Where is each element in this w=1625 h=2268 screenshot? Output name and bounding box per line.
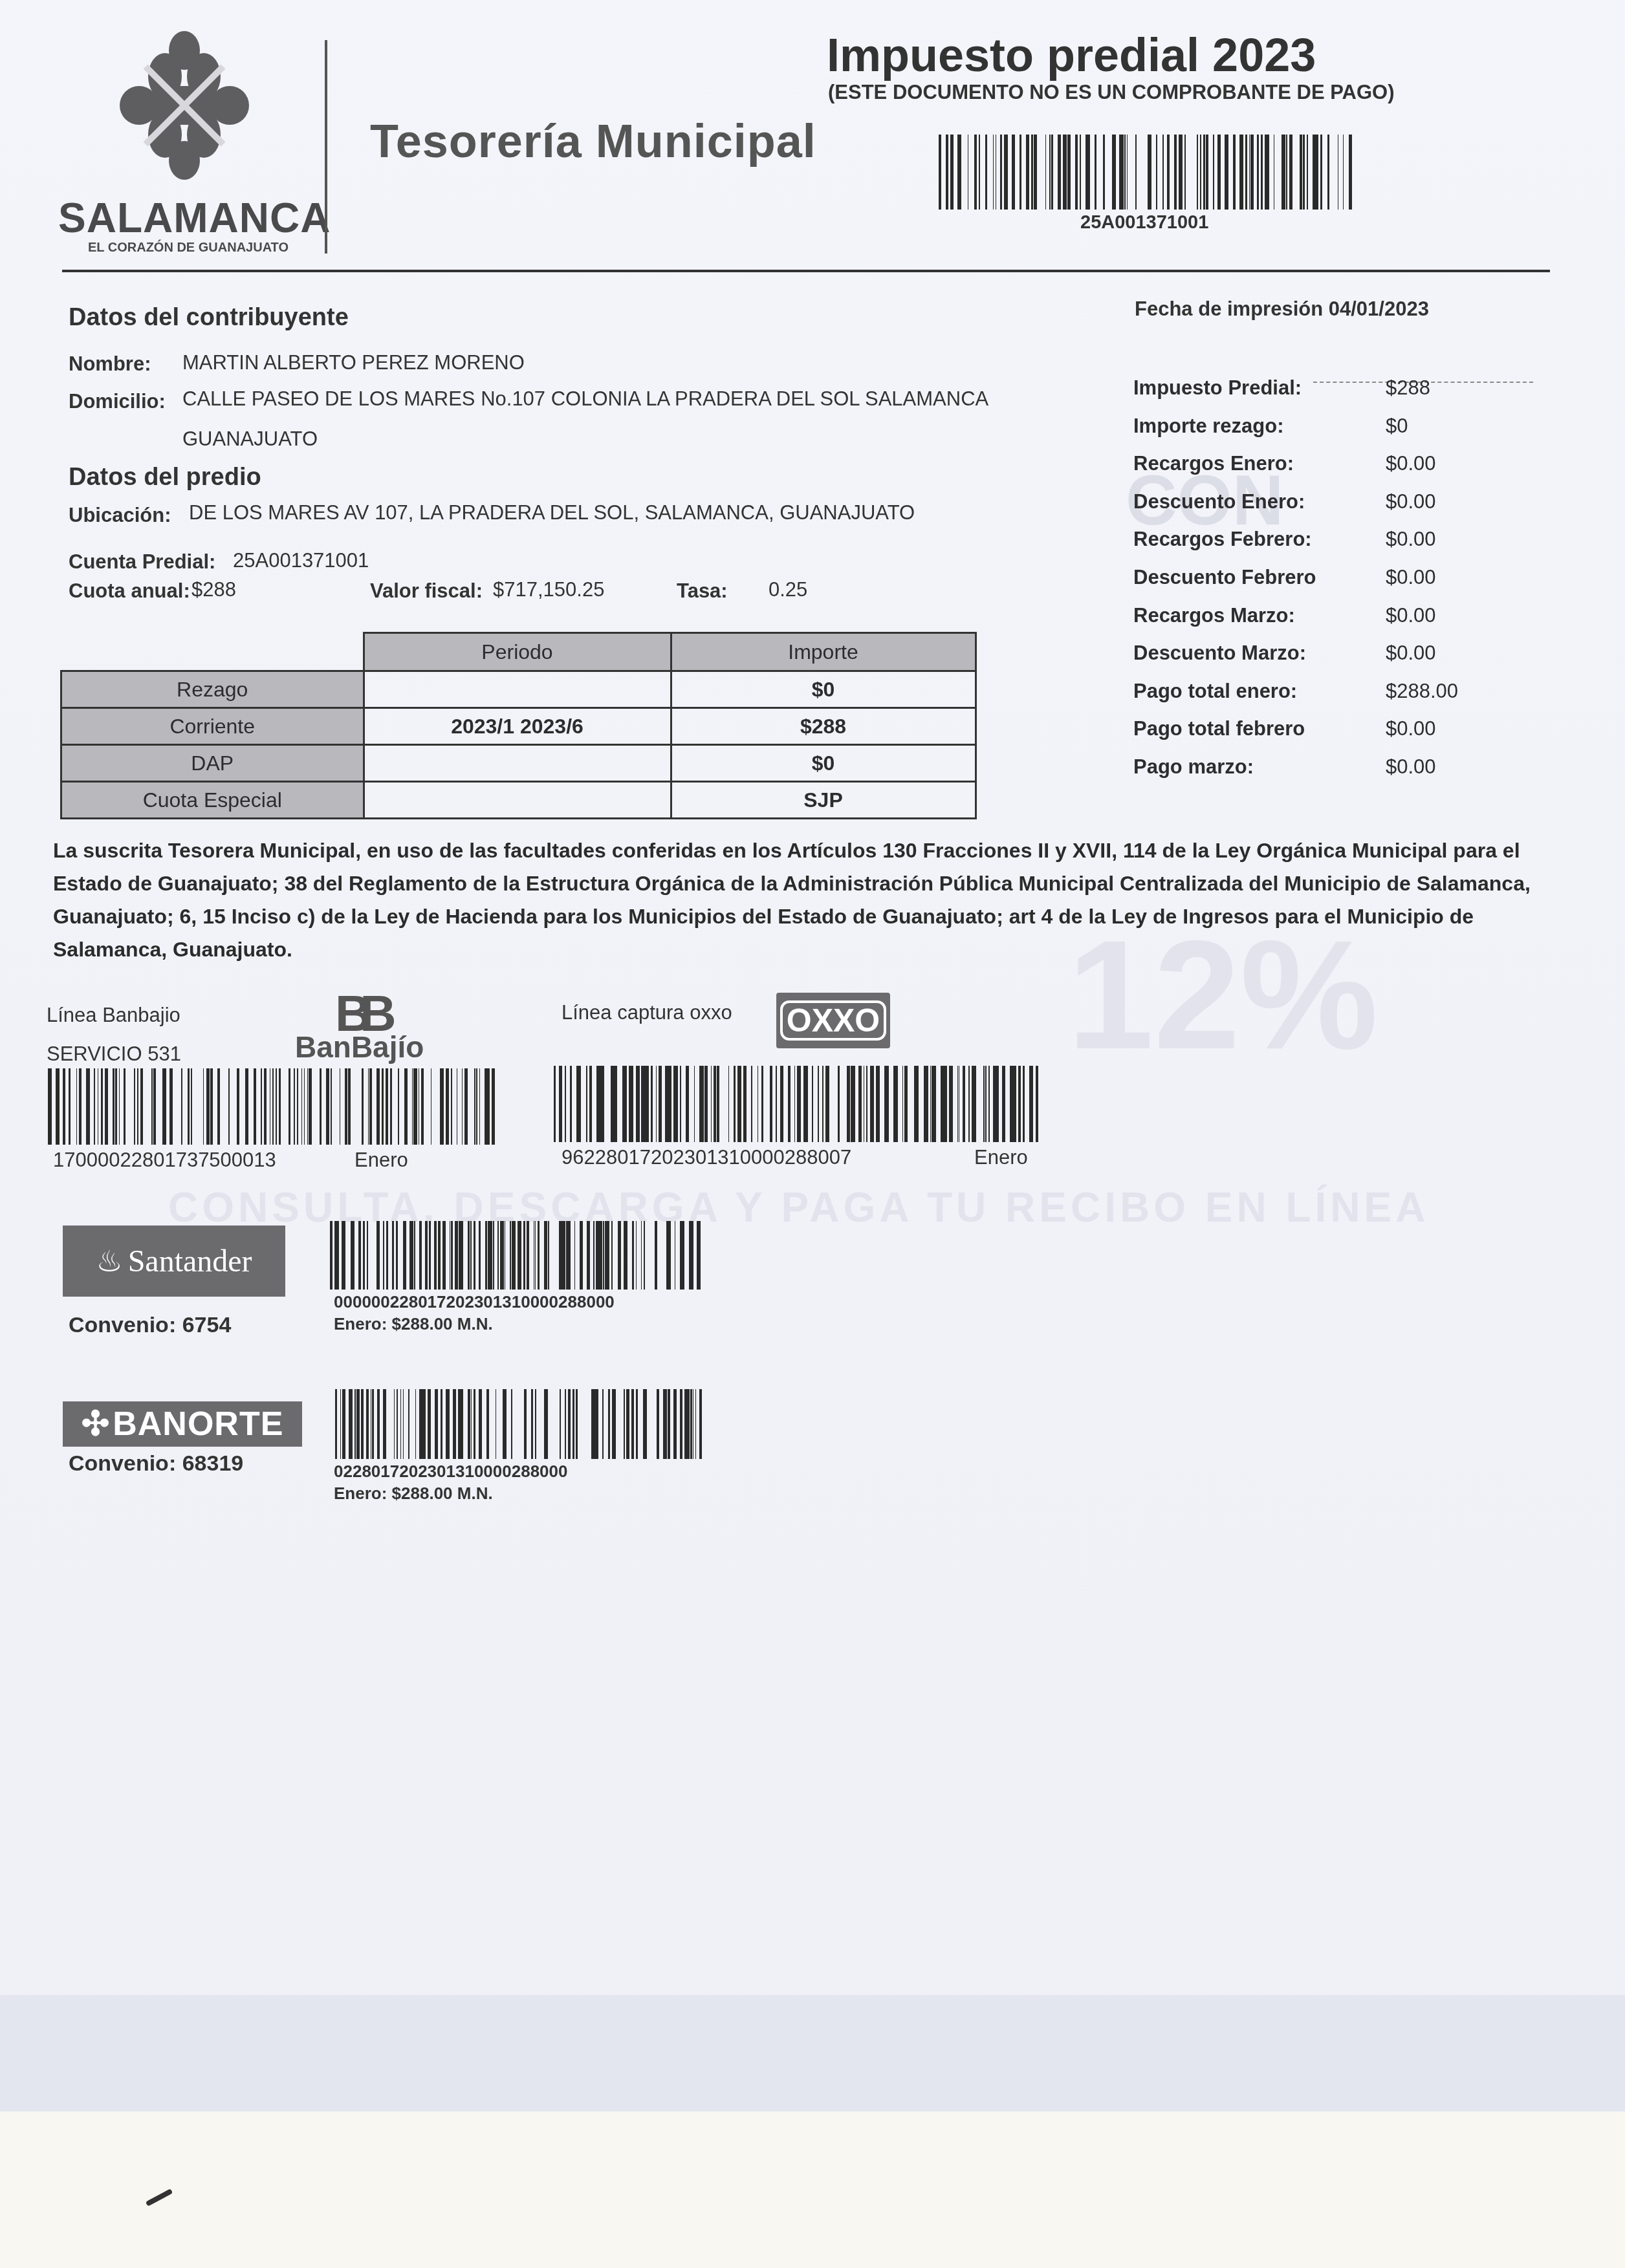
- banbajio-logo-text: BanBajío: [295, 1030, 424, 1064]
- print-date: Fecha de impresión 04/01/2023: [1135, 297, 1429, 321]
- summary-label: Impuesto Predial:: [1133, 376, 1302, 399]
- document-title: Impuesto predial 2023: [827, 29, 1316, 82]
- table-row: Rezago $0: [61, 671, 976, 708]
- table-row: Cuota Especial SJP: [61, 782, 976, 819]
- periodo-table: Periodo Importe Rezago $0 Corriente 2023…: [60, 632, 977, 819]
- summary-value: $0.00: [1386, 490, 1436, 513]
- santander-barcode-text: 0000002280172023013100002880​00: [334, 1292, 615, 1312]
- summary-value: $0.00: [1386, 566, 1436, 589]
- cuota-anual-value: $288: [191, 578, 236, 601]
- santander-amount: Enero: $288.00 M.N.: [334, 1314, 493, 1334]
- summary-label: Pago marzo:: [1133, 755, 1254, 778]
- salamanca-heart-logo-icon: [110, 31, 259, 180]
- column-header-periodo: Periodo: [364, 633, 671, 671]
- summary-row: Pago marzo:$0.00: [1133, 755, 1254, 793]
- row-periodo: [364, 782, 671, 819]
- oxxo-month: Enero: [974, 1146, 1028, 1169]
- santander-convenio: Convenio: 6754: [69, 1313, 231, 1338]
- domicilio-value: CALLE PASEO DE LOS MARES No.107 COLONIA …: [182, 387, 988, 411]
- summary-label: Descuento Febrero: [1133, 566, 1316, 589]
- summary-label: Pago total enero:: [1133, 680, 1297, 702]
- summary-value: $0.00: [1386, 528, 1436, 551]
- santander-flame-icon: ♨: [96, 1244, 122, 1279]
- banorte-convenio: Convenio: 68319: [69, 1451, 243, 1476]
- row-importe: SJP: [671, 782, 976, 819]
- municipality-name: SALAMANCA: [58, 194, 331, 242]
- summary-value: $0.00: [1386, 642, 1436, 665]
- contribuyente-heading: Datos del contribuyente: [69, 304, 349, 332]
- nombre-label: Nombre:: [69, 352, 151, 376]
- banbajio-label: Línea Banbajio: [47, 1004, 180, 1027]
- summary-value: $288: [1386, 376, 1430, 400]
- page-bottom-margin: [0, 2111, 1625, 2268]
- domicilio-label: Domicilio:: [69, 390, 166, 413]
- summary-row: Descuento Marzo:$0.00: [1133, 642, 1306, 679]
- table-row: DAP $0: [61, 745, 976, 782]
- summary-value: $0.00: [1386, 717, 1436, 740]
- row-concepto: Cuota Especial: [61, 782, 364, 819]
- banbajio-service: SERVICIO 531: [47, 1042, 181, 1066]
- summary-row: Recargos Enero:$0.00: [1133, 452, 1294, 490]
- legal-text: La suscrita Tesorera Municipal, en uso d…: [53, 834, 1560, 966]
- tasa-label: Tasa:: [677, 579, 728, 603]
- department-name: Tesorería Municipal: [370, 115, 816, 168]
- banorte-mark-icon: ✣: [82, 1405, 111, 1443]
- banorte-amount: Enero: $288.00 M.N.: [334, 1484, 493, 1504]
- valor-fiscal-value: $717,150.25: [493, 578, 604, 601]
- row-periodo: [364, 671, 671, 708]
- summary-value: $0.00: [1386, 452, 1436, 475]
- oxxo-barcode: [554, 1066, 1040, 1142]
- santander-barcode: [330, 1221, 705, 1290]
- row-periodo: 2023/1 2023/6: [364, 708, 671, 745]
- cuota-anual-label: Cuota anual:: [69, 579, 190, 603]
- cuenta-predial-label: Cuenta Predial:: [69, 550, 215, 574]
- table-row: Corriente 2023/1 2023/6 $288: [61, 708, 976, 745]
- summary-row: Recargos Febrero:$0.00: [1133, 528, 1312, 565]
- summary-value: $288.00: [1386, 680, 1458, 703]
- summary-row: Descuento Enero:$0.00: [1133, 490, 1305, 528]
- account-barcode: [937, 135, 1356, 210]
- oxxo-logo-icon: OXXO: [776, 993, 890, 1048]
- bleed-through-banner: [0, 1995, 1625, 2111]
- banorte-logo: ✣ BANORTE: [63, 1401, 302, 1447]
- document-disclaimer: (ESTE DOCUMENTO NO ES UN COMPROBANTE DE …: [828, 81, 1395, 104]
- nombre-value: MARTIN ALBERTO PEREZ MORENO: [182, 351, 525, 374]
- row-importe: $288: [671, 708, 976, 745]
- summary-row: Importe rezago:$0: [1133, 415, 1284, 452]
- summary-value: $0.00: [1386, 604, 1436, 627]
- banorte-barcode: [330, 1389, 705, 1459]
- summary-row: Pago total enero:$288.00: [1133, 680, 1297, 717]
- row-importe: $0: [671, 745, 976, 782]
- banbajio-barcode-text: 17000022801737500013: [53, 1149, 276, 1172]
- banbajio-barcode: [47, 1068, 499, 1145]
- row-concepto: Corriente: [61, 708, 364, 745]
- print-date-label: Fecha de impresión: [1135, 297, 1323, 320]
- print-date-value: 04/01/2023: [1329, 297, 1429, 320]
- tasa-value: 0.25: [769, 578, 807, 601]
- account-barcode-text: 25A001371001: [1080, 212, 1208, 233]
- ubicacion-value: DE LOS MARES AV 107, LA PRADERA DEL SOL,…: [189, 501, 915, 524]
- municipality-tagline: EL CORAZÓN DE GUANAJUATO: [88, 241, 289, 255]
- oxxo-label: Línea captura oxxo: [562, 1001, 732, 1024]
- row-concepto: Rezago: [61, 671, 364, 708]
- predio-heading: Datos del predio: [69, 464, 261, 491]
- summary-label: Pago total febrero: [1133, 717, 1305, 740]
- row-periodo: [364, 745, 671, 782]
- row-importe: $0: [671, 671, 976, 708]
- santander-logo: ♨ Santander: [63, 1226, 285, 1297]
- valor-fiscal-label: Valor fiscal:: [370, 579, 483, 603]
- summary-label: Descuento Enero:: [1133, 490, 1305, 513]
- summary-row: Recargos Marzo:$0.00: [1133, 604, 1295, 642]
- summary-label: Recargos Enero:: [1133, 452, 1294, 475]
- summary-label: Recargos Marzo:: [1133, 604, 1295, 627]
- summary-label: Descuento Marzo:: [1133, 642, 1306, 664]
- banbajio-month: Enero: [354, 1149, 408, 1172]
- banorte-barcode-text: 022801720230131000028800​0: [334, 1462, 568, 1482]
- column-header-importe: Importe: [671, 633, 976, 671]
- summary-row: Impuesto Predial:$288: [1133, 376, 1302, 414]
- domicilio-value-line2: GUANAJUATO: [182, 427, 318, 451]
- header-divider: [325, 40, 327, 254]
- summary-row: Pago total febrero$0.00: [1133, 717, 1305, 755]
- summary-value: $0.00: [1386, 755, 1436, 779]
- summary-value: $0: [1386, 415, 1408, 438]
- summary-label: Importe rezago:: [1133, 415, 1284, 437]
- cuenta-predial-value: 25A001371001: [233, 549, 369, 572]
- summary-label: Recargos Febrero:: [1133, 528, 1312, 550]
- summary-row: Descuento Febrero$0.00: [1133, 566, 1316, 603]
- oxxo-barcode-text: 96228017202301310000288007: [562, 1146, 851, 1169]
- header-rule: [62, 270, 1550, 272]
- ubicacion-label: Ubicación:: [69, 504, 171, 527]
- row-concepto: DAP: [61, 745, 364, 782]
